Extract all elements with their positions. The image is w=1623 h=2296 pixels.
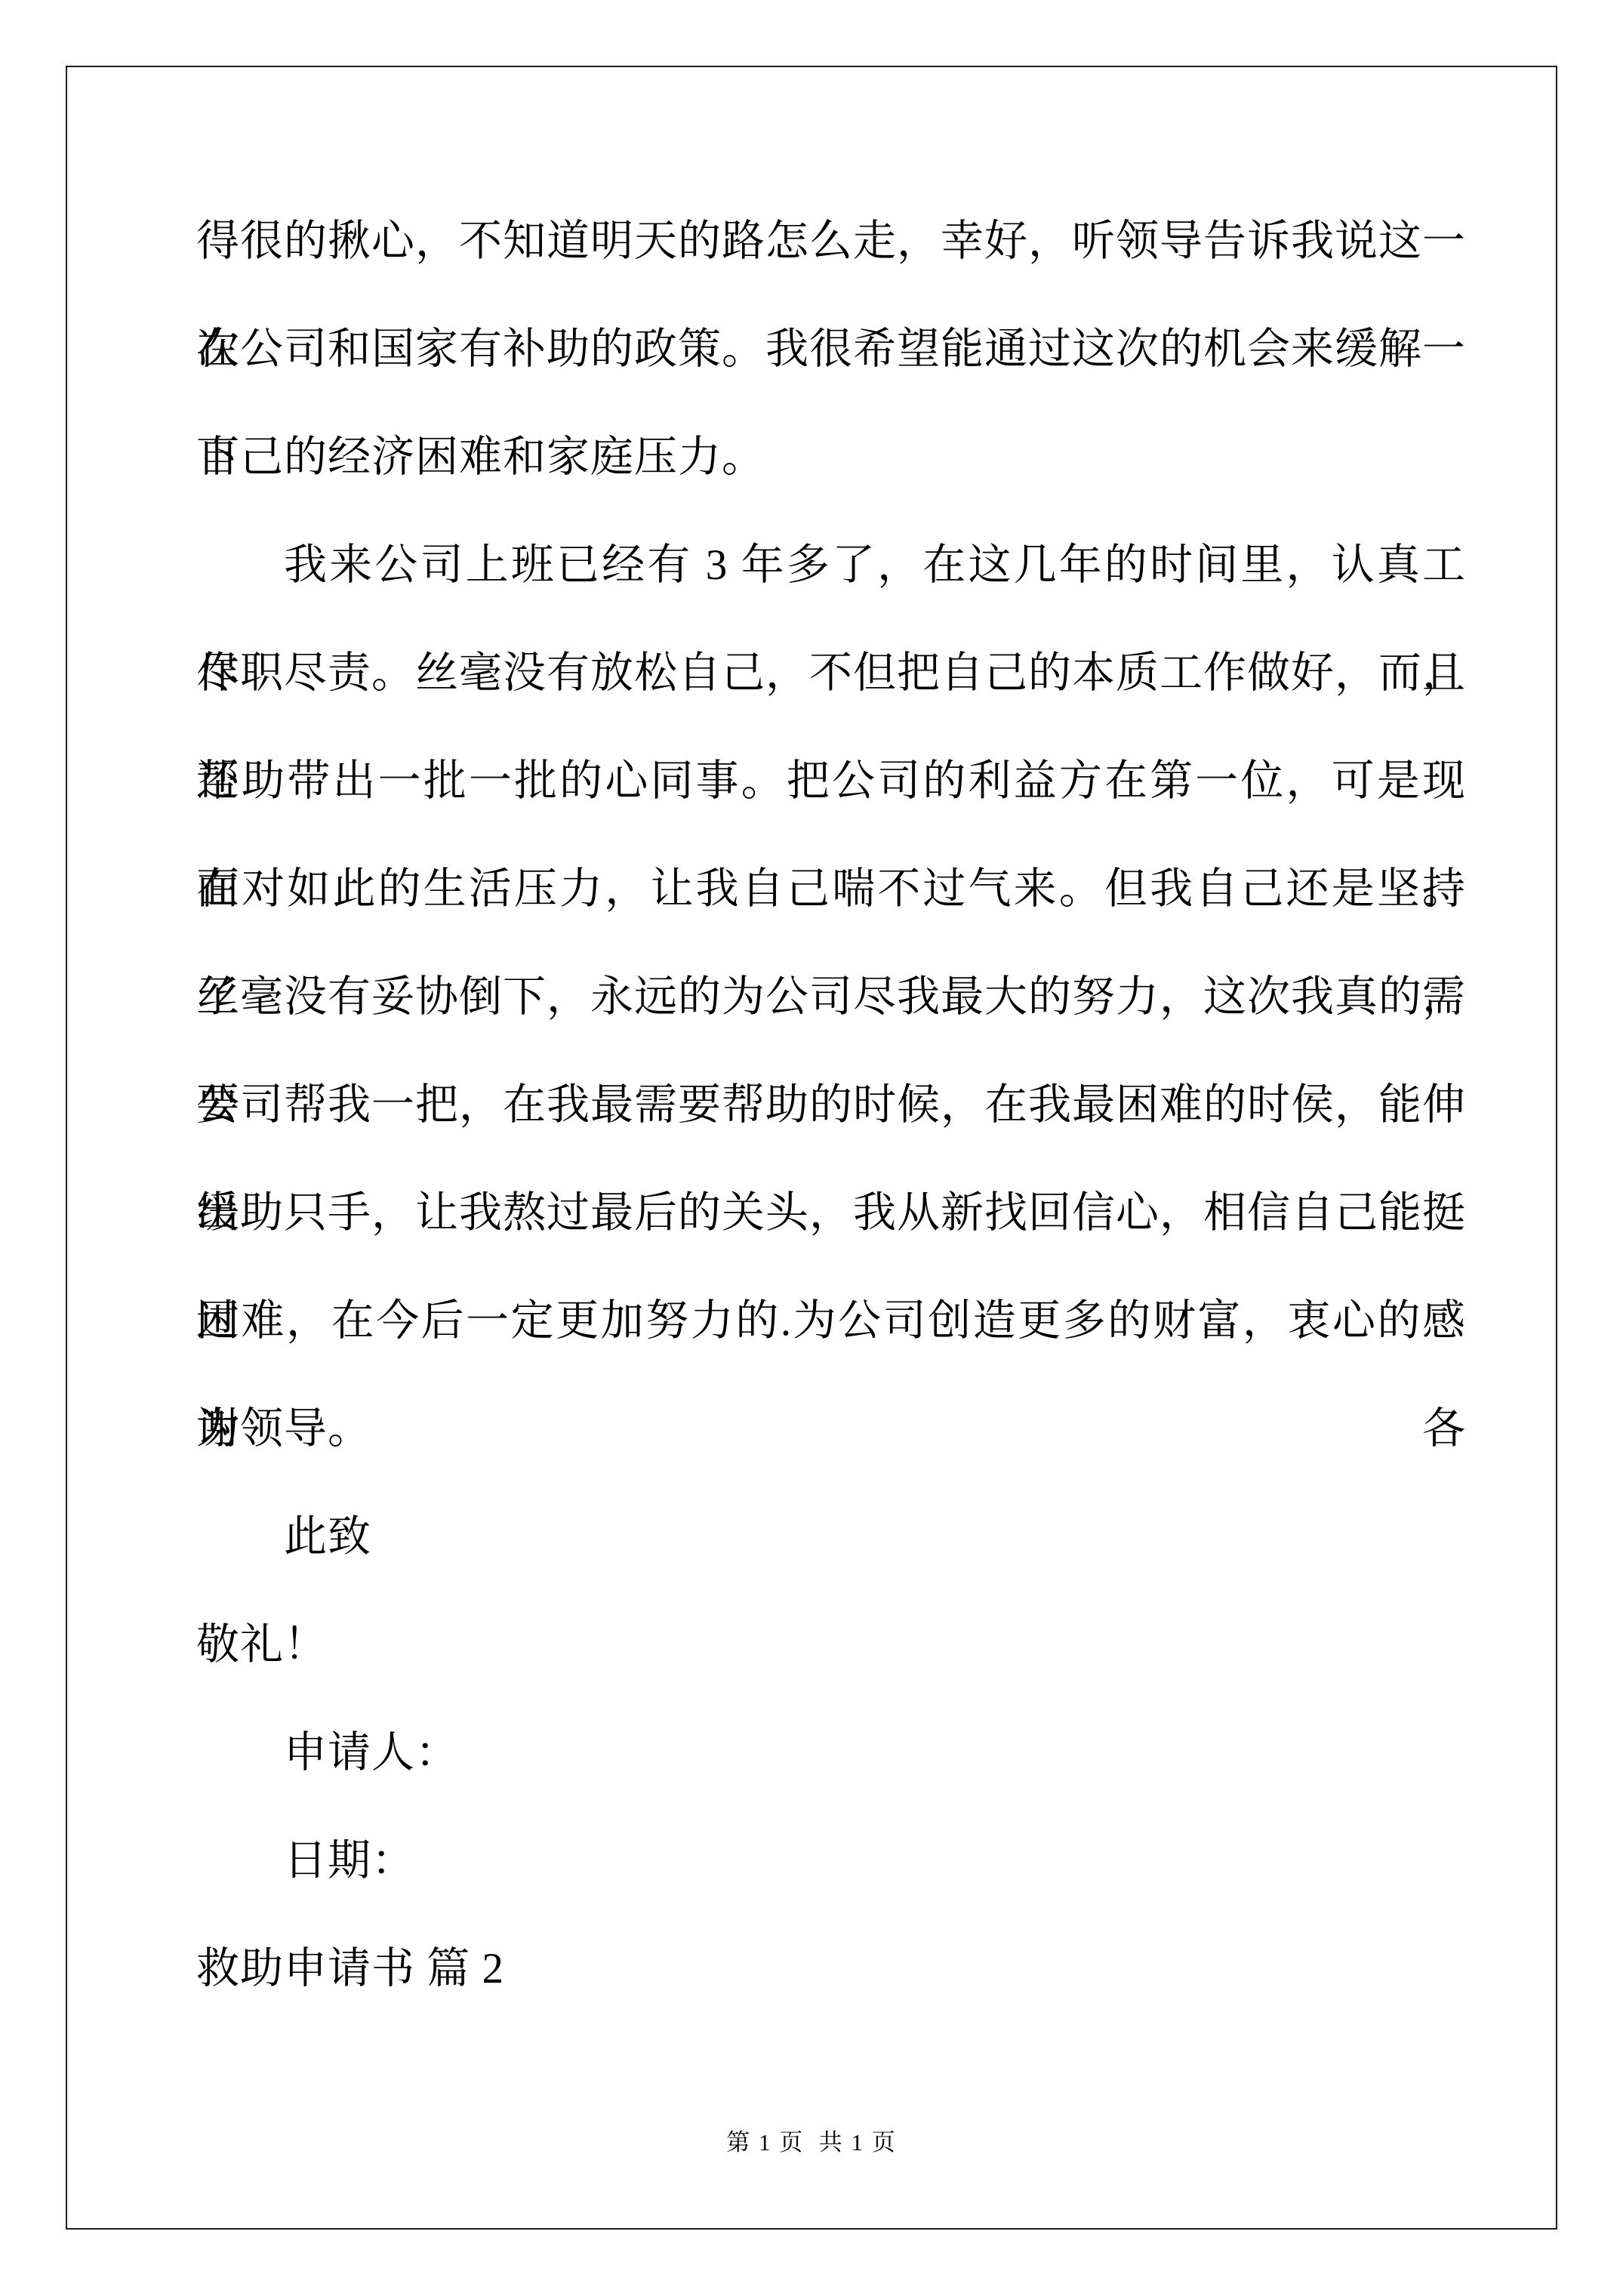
text-line: 日期： xyxy=(196,1807,1466,1915)
text-line: 公司帮我一把，在我最需要帮助的时候，在我最困难的时侯，能伸出 xyxy=(196,1051,1466,1159)
text-line: 丝毫没有妥协倒下，永远的为公司尽我最大的努力，这次我真的需要 xyxy=(196,943,1466,1051)
text-line: 此致 xyxy=(196,1483,1466,1591)
text-line: 在公司和国家有补助的政策。我很希望能通过这次的机会来缓解一下 xyxy=(196,295,1466,403)
text-line: 得很的揪心，不知道明天的路怎么走，幸好，听领导告诉我说这一次 xyxy=(196,187,1466,295)
text-line: 敬礼！ xyxy=(196,1591,1466,1699)
text-line: 救助申请书 篇 2 xyxy=(196,1915,1466,2023)
document-body: 得很的揪心，不知道明天的路怎么走，幸好，听领导告诉我说这一次在公司和国家有补助的… xyxy=(196,187,1466,2023)
page-footer: 第 1 页 共 1 页 xyxy=(0,2129,1623,2156)
text-line: 尽职尽责。丝毫没有放松自己，不但把自己的本质工作做好，而且还 xyxy=(196,619,1466,727)
text-line: 帮助带出一批一批的心同事。把公司的利益方在第一位，可是现在。 xyxy=(196,727,1466,835)
text-line: 自己的经济困难和家庭压力。 xyxy=(196,403,1466,511)
text-line: 我来公司上班已经有 3 年多了，在这几年的时间里，认真工作， xyxy=(196,511,1466,619)
text-line: 面对如此的生活压力，让我自己喘不过气来。但我自己还是坚持了， xyxy=(196,835,1466,943)
text-line: 申请人： xyxy=(196,1699,1466,1807)
text-line: 缓助只手，让我熬过最后的关头，我从新找回信心，相信自己能挺过 xyxy=(196,1159,1466,1267)
text-line: 困难，在今后一定更加努力的.为公司创造更多的财富，衷心的感谢各 xyxy=(196,1267,1466,1375)
document-page: 得很的揪心，不知道明天的路怎么走，幸好，听领导告诉我说这一次在公司和国家有补助的… xyxy=(0,0,1623,2296)
